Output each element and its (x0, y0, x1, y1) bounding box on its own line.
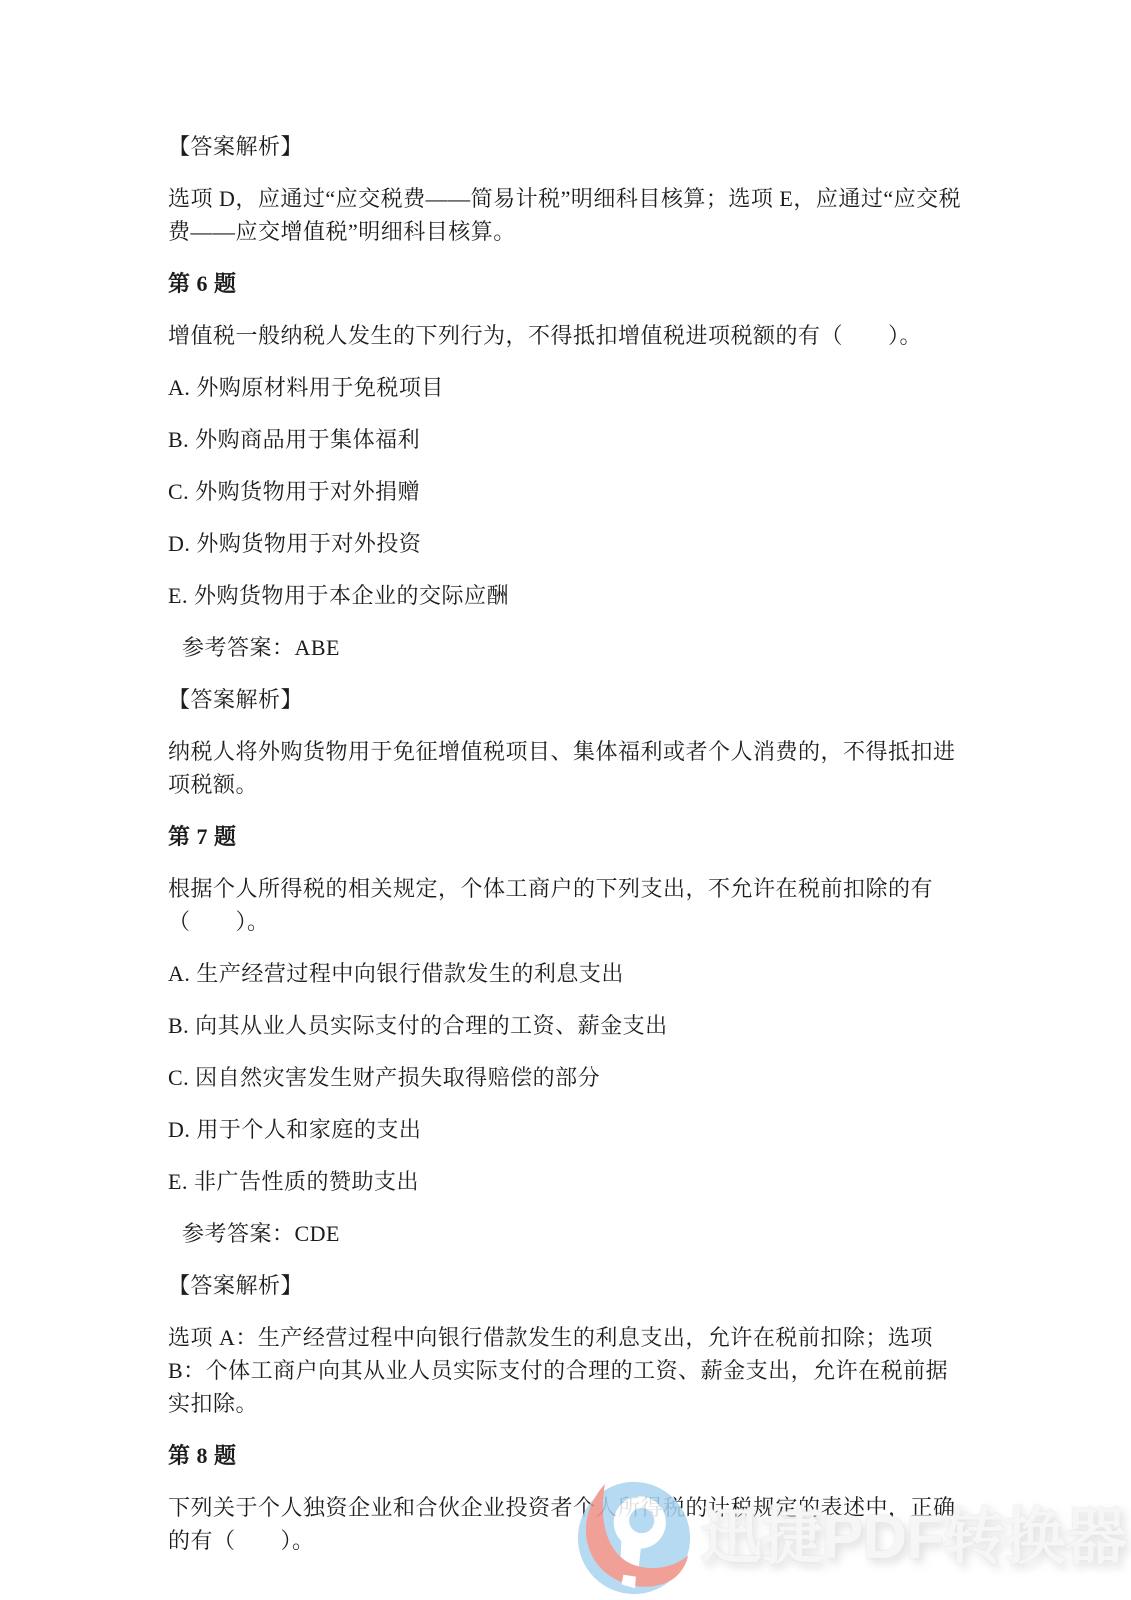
analysis-label: 【答案解析】 (168, 1269, 968, 1302)
question-6-number: 第 6 题 (168, 267, 968, 300)
analysis-label: 【答案解析】 (168, 130, 968, 163)
question-7-number: 第 7 题 (168, 820, 968, 853)
question-6-option-e: E. 外购货物用于本企业的交际应酬 (168, 579, 968, 612)
question-6-option-a: A. 外购原材料用于免税项目 (168, 371, 968, 404)
question-7-option-e: E. 非广告性质的赞助支出 (168, 1165, 968, 1198)
document-content: 【答案解析】 选项 D，应通过“应交税费——简易计税”明细科目核算；选项 E，应… (168, 130, 968, 1576)
question-7-option-d: D. 用于个人和家庭的支出 (168, 1113, 968, 1146)
question-6-option-b: B. 外购商品用于集体福利 (168, 423, 968, 456)
question-6-option-d: D. 外购货物用于对外投资 (168, 527, 968, 560)
pdf-converter-watermark: 迅捷PDF转换器 (576, 1480, 1126, 1596)
question-7-reference-answer: 参考答案：CDE (168, 1217, 968, 1250)
question-6-option-c: C. 外购货物用于对外捐赠 (168, 475, 968, 508)
document-page: 【答案解析】 选项 D，应通过“应交税费——简易计税”明细科目核算；选项 E，应… (0, 0, 1131, 1600)
analysis-text: 选项 D，应通过“应交税费——简易计税”明细科目核算；选项 E，应通过“应交税费… (168, 182, 968, 248)
analysis-text: 纳税人将外购货物用于免征增值税项目、集体福利或者个人消费的，不得抵扣进项税额。 (168, 735, 968, 801)
question-6-reference-answer: 参考答案：ABE (168, 631, 968, 664)
analysis-text: 选项 A：生产经营过程中向银行借款发生的利息支出，允许在税前扣除；选项 B：个体… (168, 1321, 968, 1420)
question-7-option-c: C. 因自然灾害发生财产损失取得赔偿的部分 (168, 1061, 968, 1094)
question-6-stem: 增值税一般纳税人发生的下列行为，不得抵扣增值税进项税额的有（ ）。 (168, 319, 968, 352)
question-7-option-b: B. 向其从业人员实际支付的合理的工资、薪金支出 (168, 1009, 968, 1042)
pdf-converter-logo-icon (576, 1480, 692, 1596)
watermark-text: 迅捷PDF转换器 (700, 1480, 1126, 1596)
question-7-stem: 根据个人所得税的相关规定，个体工商户的下列支出，不允许在税前扣除的有（ ）。 (168, 872, 968, 938)
question-8-number: 第 8 题 (168, 1439, 968, 1472)
question-7-option-a: A. 生产经营过程中向银行借款发生的利息支出 (168, 957, 968, 990)
analysis-label: 【答案解析】 (168, 683, 968, 716)
